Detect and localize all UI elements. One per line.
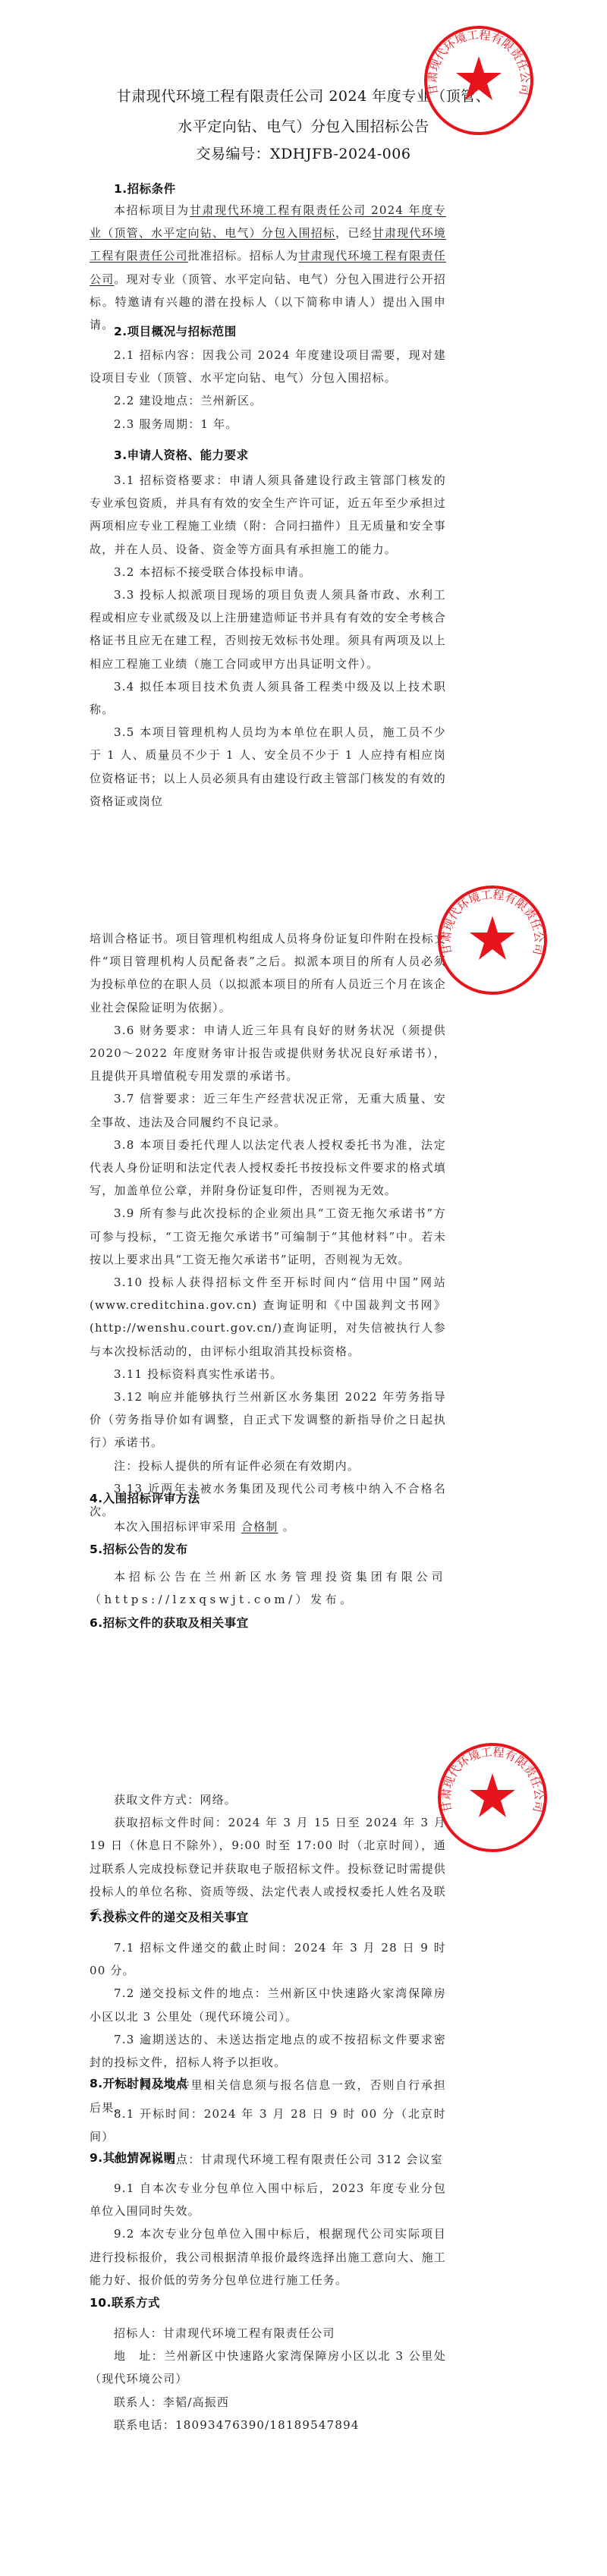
item-3-8: 3.8 本项目委托代理人以法定代表人授权委托书为准，法定代表人身份证明和法定代表… (90, 1134, 446, 1203)
item-3-7: 3.7 信誉要求：近三年生产经营状况正常，无重大质量、安全事故、违法及合同履约不… (90, 1087, 446, 1133)
text: ，已经 (335, 226, 373, 240)
section-2-body: 2.1 招标内容：因我公司 2024 年度建设项目需要，现对建设项目专业（顶管、… (90, 344, 446, 436)
item-3-6: 3.6 财务要求：申请人近三年具有良好的财务状况（须提供 2020～2022 年… (90, 1019, 446, 1088)
item-7-3: 7.3 逾期送达的、未送达指定地点的或不按招标文件要求密封的投标文件，招标人将予… (90, 2028, 446, 2074)
trade-number: 交易编号：XDHJFB-2024-006 (0, 143, 607, 163)
contact-phone: 联系电话：18093476390/18189547894 (90, 2414, 446, 2436)
item-8-1: 8.1 开标时间：2024 年 3 月 28 日 9 时 00 分（北京时间） (90, 2103, 446, 2148)
text: 。 (283, 1520, 295, 1533)
section-3-body-page-1: 3.1 招标资格要求：申请人须具备建设行政主管部门核发的专业承包资质，并具有有效… (90, 469, 446, 813)
section-9-body: 9.1 自本次专业分包单位入围中标后，2023 年度专业分包单位入围同时失效。 … (90, 2177, 446, 2291)
section-5-paragraph: 本招标公告在兰州新区水务管理投资集团有限公司（https://lzxqswjt.… (90, 1565, 446, 1611)
section-1-paragraph: 本招标项目为甘肃现代环境工程有限责任公司 2024 年度专业（顶管、水平定向钻、… (90, 199, 446, 336)
item-3-3: 3.3 投标人拟派项目现场的项目负责人须具备市政、水利工程或相应专业贰级及以上注… (90, 583, 446, 675)
company-seal-stamp: 甘肃现代环境工程有限责任公司 (423, 24, 535, 137)
evaluation-method-underlined: 合格制 (241, 1520, 278, 1533)
item-2-2: 2.2 建设地点：兰州新区。 (90, 389, 446, 412)
section-9-heading: 9.其他情况说明 (90, 2149, 176, 2166)
item-3-4: 3.4 拟任本项目技术负责人须具备工程类中级及以上技术职称。 (90, 675, 446, 721)
section-4-heading: 4.入围招标评审方法 (90, 1489, 200, 1506)
item-2-1: 2.1 招标内容：因我公司 2024 年度建设项目需要，现对建设项目专业（顶管、… (90, 344, 446, 389)
section-7-body: 7.1 招标文件递交的截止时间：2024 年 3 月 28 日 9 时 00 分… (90, 1936, 446, 2120)
contact-address: 地 址：兰州新区中快速路火家湾保障房小区以北 3 公里处（现代环境公司） (90, 2345, 446, 2390)
star-icon (456, 56, 502, 100)
item-3-9: 3.9 所有参与此次投标的企业须出具“工资无拖欠承诺书”方可参与投标，“工资无拖… (90, 1202, 446, 1271)
section-1-heading: 1.招标条件 (114, 180, 176, 197)
section-7-heading: 7.投标文件的递交及相关事宜 (90, 1908, 249, 1925)
item-3-12: 3.12 响应并能够执行兰州新区水务集团 2022 年劳务指导价（劳务指导价如有… (90, 1386, 446, 1455)
acquire-method: 获取文件方式：网络。 (90, 1788, 446, 1811)
note: 注：投标人提供的所有证件必须在有效期内。 (90, 1455, 446, 1477)
section-3-body-page-2: 培训合格证书。项目管理机构组成人员将身份证复印件附在投标文件“项目管理机构人员配… (90, 927, 446, 1523)
item-3-1: 3.1 招标资格要求：申请人须具备建设行政主管部门核发的专业承包资质，并具有有效… (90, 469, 446, 561)
item-7-1: 7.1 招标文件递交的截止时间：2024 年 3 月 28 日 9 时 00 分… (90, 1936, 446, 1982)
item-3-5-part-2: 培训合格证书。项目管理机构组成人员将身份证复印件附在投标文件“项目管理机构人员配… (90, 927, 446, 1019)
item-3-5-part-1: 3.5 本项目管理机构人员均为本单位在职人员，施工员不少于 1 人、质量员不少于… (90, 721, 446, 813)
item-2-3: 2.3 服务周期：1 年。 (90, 413, 446, 436)
text: 批准招标。招标人为 (188, 249, 299, 263)
company-seal-stamp: 甘肃现代环境工程有限责任公司 (436, 1741, 549, 1854)
section-5-heading: 5.招标公告的发布 (90, 1540, 188, 1557)
star-icon (470, 916, 515, 960)
text: 本次入围招标评审采用 (114, 1520, 237, 1533)
section-2-heading: 2.项目概况与招标范围 (114, 322, 237, 339)
contact-person: 联系人：李韬/高振西 (90, 2391, 446, 2414)
section-10-heading: 10.联系方式 (90, 2294, 160, 2310)
section-3-heading: 3.申请人资格、能力要求 (114, 446, 249, 463)
section-4-paragraph: 本次入围招标评审采用 合格制 。 (90, 1515, 446, 1538)
item-7-2: 7.2 递交投标文件的地点：兰州新区中快速路火家湾保障房小区以北 3 公里处（现… (90, 1982, 446, 2027)
text: 本招标项目为 (114, 203, 190, 217)
item-9-1: 9.1 自本次专业分包单位入围中标后，2023 年度专业分包单位入围同时失效。 (90, 2177, 446, 2222)
item-3-11: 3.11 投标资料真实性承诺书。 (90, 1363, 446, 1386)
star-icon (470, 1773, 515, 1817)
item-3-10: 3.10 投标人获得招标文件至开标时间内“信用中国”网站(www.creditc… (90, 1271, 446, 1363)
section-8-heading: 8.开标时间及地点 (90, 2074, 188, 2091)
contact-tenderer: 招标人：甘肃现代环境工程有限责任公司 (90, 2322, 446, 2345)
item-9-2: 9.2 本次专业分包单位入围中标后，根据现代公司实际项目进行投标报价，我公司根据… (90, 2222, 446, 2291)
section-10-body: 招标人：甘肃现代环境工程有限责任公司 地 址：兰州新区中快速路火家湾保障房小区以… (90, 2322, 446, 2436)
company-seal-stamp: 甘肃现代环境工程有限责任公司 (436, 884, 549, 996)
section-6-body: 获取文件方式：网络。 获取招标文件时间：2024 年 3 月 15 日至 202… (90, 1788, 446, 1926)
section-6-heading: 6.招标文件的获取及相关事宜 (90, 1614, 249, 1631)
item-3-2: 3.2 本招标不接受联合体投标申请。 (90, 561, 446, 583)
